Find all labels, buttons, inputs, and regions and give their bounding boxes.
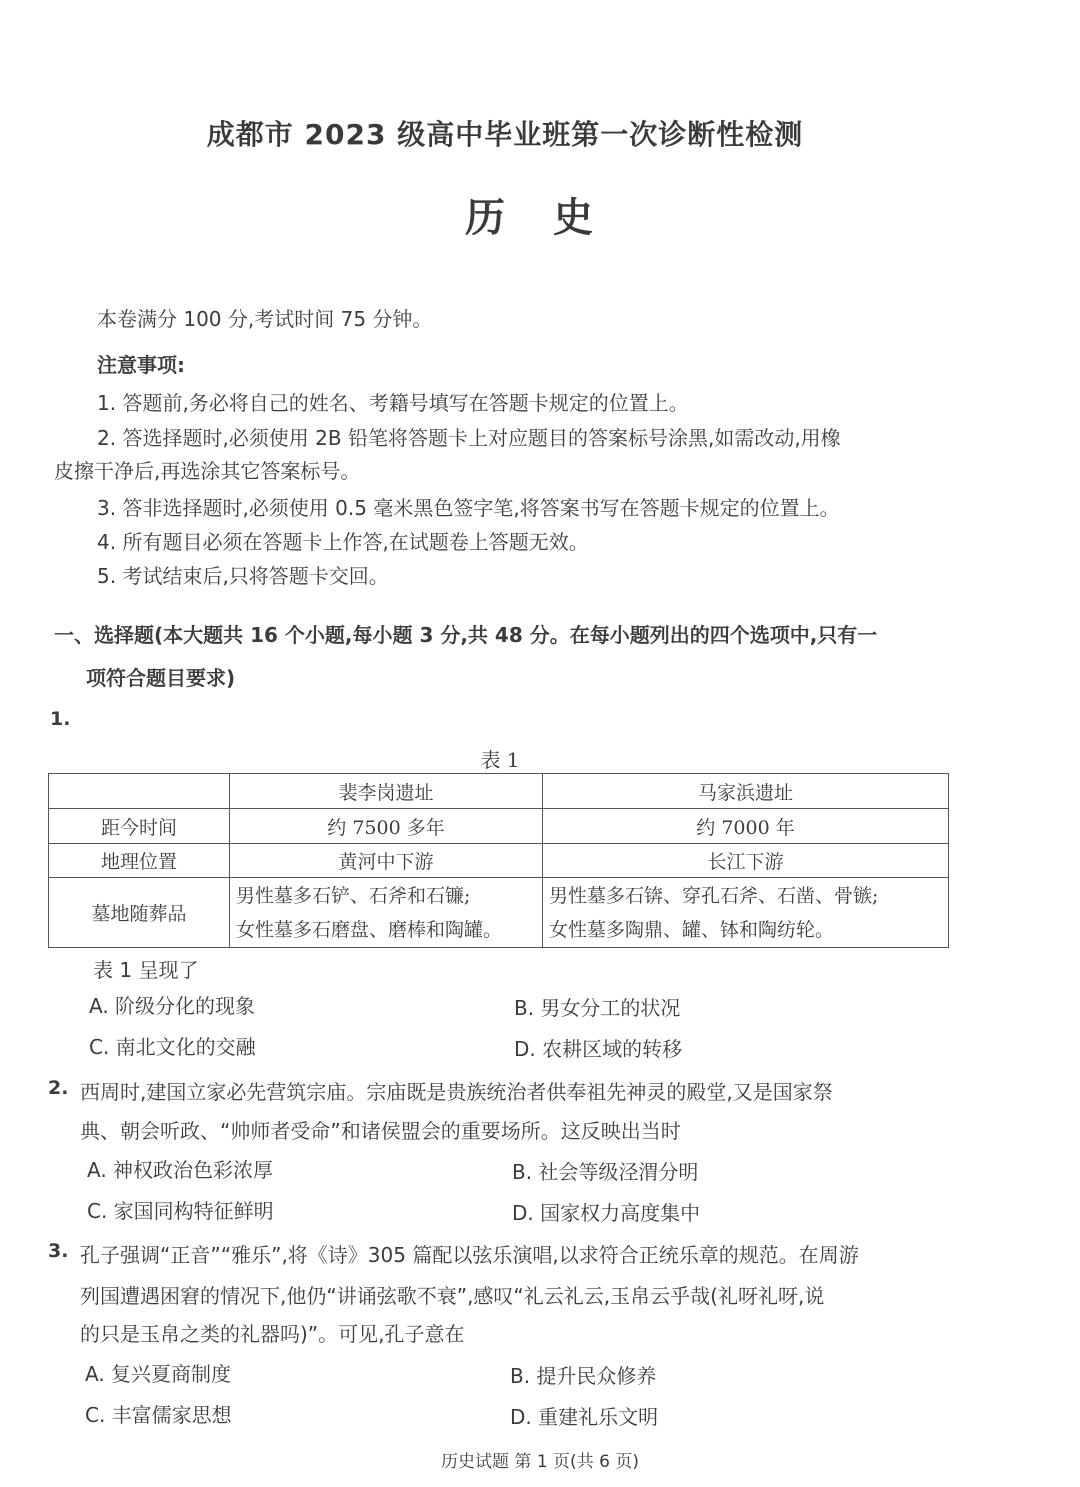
table-cell: 男性墓多石铲、石斧和石镰; 女性墓多石磨盘、磨棒和陶罐。 [230, 878, 543, 948]
note-item: 2. 答选择题时,必须使用 2B 铅笔将答题卡上对应题目的答案标号涂黑,如需改动… [97, 422, 841, 451]
option-a: A. 复兴夏商制度 [85, 1358, 231, 1387]
exam-intro: 本卷满分 100 分,考试时间 75 分钟。 [97, 303, 432, 332]
question-stem: 西周时,建国立家必先营筑宗庙。宗庙既是贵族统治者供奉祖先神灵的殿堂,又是国家祭 [80, 1076, 833, 1105]
question-number: 3. [48, 1240, 68, 1262]
table-cell: 墓地随葬品 [49, 878, 230, 948]
note-item: 皮擦干净后,再选涂其它答案标号。 [54, 455, 360, 484]
table-cell: 距今时间 [49, 809, 230, 844]
table-cell: 约 7000 年 [543, 809, 949, 844]
note-item: 5. 考试结束后,只将答题卡交回。 [97, 560, 389, 589]
option-c: C. 南北文化的交融 [89, 1031, 256, 1060]
table-header-cell: 裴李岗遗址 [230, 774, 543, 809]
cell-line: 女性墓多石磨盘、磨棒和陶罐。 [236, 913, 536, 947]
option-c: C. 家国同构特征鲜明 [87, 1195, 274, 1224]
option-c: C. 丰富儒家思想 [85, 1399, 232, 1428]
option-a: A. 神权政治色彩浓厚 [87, 1154, 273, 1183]
question-number: 2. [48, 1077, 68, 1099]
subject-title: 历史 [0, 186, 1058, 243]
table-header-row: 裴李岗遗址 马家浜遗址 [49, 774, 949, 809]
cell-line: 男性墓多石锛、穿孔石斧、石凿、骨镞; [549, 879, 942, 913]
option-a: A. 阶级分化的现象 [89, 990, 255, 1019]
section-heading: 一、选择题(本大题共 16 个小题,每小题 3 分,共 48 分。在每小题列出的… [54, 619, 877, 648]
option-d: D. 重建礼乐文明 [510, 1401, 658, 1430]
option-d: D. 农耕区域的转移 [514, 1033, 682, 1062]
question-stem-cont: 列国遭遇困窘的情况下,他仍“讲诵弦歌不衰”,感叹“礼云礼云,玉帛云乎哉(礼呀礼呀… [80, 1280, 824, 1309]
table-caption: 表 1 [0, 744, 1000, 773]
table-row: 距今时间 约 7500 多年 约 7000 年 [49, 809, 949, 844]
option-b: B. 男女分工的状况 [514, 992, 680, 1021]
table-cell: 约 7500 多年 [230, 809, 543, 844]
table-row: 墓地随葬品 男性墓多石铲、石斧和石镰; 女性墓多石磨盘、磨棒和陶罐。 男性墓多石… [49, 878, 949, 948]
question-stem-cont: 典、朝会听政、“帅师者受命”和诸侯盟会的重要场所。这反映出当时 [80, 1115, 681, 1144]
question-stem: 表 1 呈现了 [93, 954, 198, 983]
note-item: 4. 所有题目必须在答题卡上作答,在试题卷上答题无效。 [97, 526, 589, 555]
question-number: 1. [50, 708, 70, 730]
comparison-table: 裴李岗遗址 马家浜遗址 距今时间 约 7500 多年 约 7000 年 地理位置… [48, 773, 949, 948]
cell-line: 女性墓多陶鼎、罐、钵和陶纺轮。 [549, 913, 942, 947]
page-footer: 历史试题 第 1 页(共 6 页) [0, 1447, 1080, 1472]
table-row: 地理位置 黄河中下游 长江下游 [49, 844, 949, 878]
table-cell: 黄河中下游 [230, 844, 543, 878]
table-cell: 男性墓多石锛、穿孔石斧、石凿、骨镞; 女性墓多陶鼎、罐、钵和陶纺轮。 [543, 878, 949, 948]
notes-heading: 注意事项: [97, 349, 185, 378]
option-d: D. 国家权力高度集中 [512, 1197, 700, 1226]
question-stem-cont: 的只是玉帛之类的礼器吗)”。可见,孔子意在 [80, 1318, 465, 1347]
table-header-cell [49, 774, 230, 809]
option-b: B. 社会等级泾渭分明 [512, 1156, 698, 1185]
question-stem: 孔子强调“正音”“雅乐”,将《诗》305 篇配以弦乐演唱,以求符合正统乐章的规范… [80, 1239, 859, 1268]
section-heading-cont: 项符合题目要求) [86, 662, 235, 691]
note-item: 3. 答非选择题时,必须使用 0.5 毫米黑色签字笔,将答案书写在答题卡规定的位… [97, 492, 840, 521]
table-cell: 长江下游 [543, 844, 949, 878]
cell-line: 男性墓多石铲、石斧和石镰; [236, 879, 536, 913]
table-cell: 地理位置 [49, 844, 230, 878]
option-b: B. 提升民众修养 [510, 1360, 656, 1389]
table-header-cell: 马家浜遗址 [543, 774, 949, 809]
note-item: 1. 答题前,务必将自己的姓名、考籍号填写在答题卡规定的位置上。 [97, 387, 689, 416]
exam-title: 成都市 2023 级高中毕业班第一次诊断性检测 [0, 113, 1010, 153]
